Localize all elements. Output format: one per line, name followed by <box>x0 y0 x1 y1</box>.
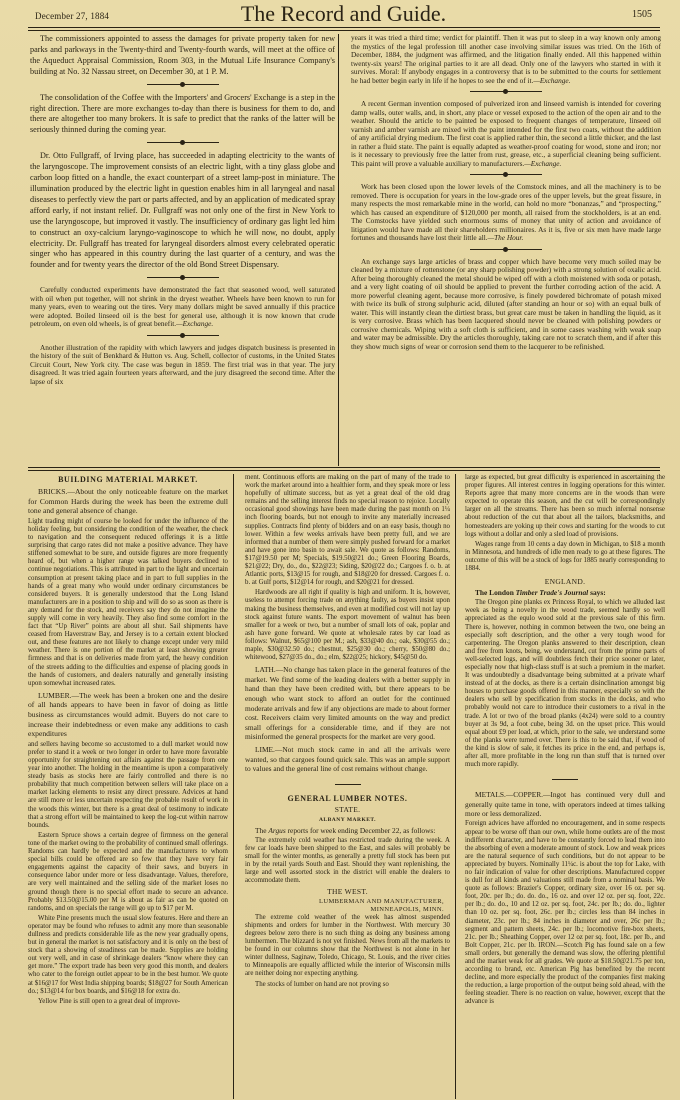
page-number: 1505 <box>632 9 652 20</box>
market-column-1: BUILDING MATERIAL MARKET. BRICKS.—About … <box>28 474 228 1008</box>
oregon-pine: The Oregon pine planks ex Princess Royal… <box>465 599 665 769</box>
metals-body: Foreign advices have afforded no encoura… <box>465 820 665 1006</box>
argus-pre: The <box>255 826 268 835</box>
albany-market-heading: ALBANY MARKET. <box>245 816 450 824</box>
london-pre: The London <box>475 588 516 597</box>
wages: Wages range from 10 cents a day down in … <box>465 541 665 573</box>
article-separator <box>147 138 219 147</box>
eastern-spruce: Eastern Spruce shows a certain degree of… <box>28 832 228 913</box>
argus-name: Argus <box>268 826 285 835</box>
article-separator <box>470 170 542 179</box>
section-rule <box>28 467 660 471</box>
column-divider <box>233 474 234 1099</box>
london-post: says: <box>588 588 605 597</box>
article-brass-cleaning: An exchange says large articles of brass… <box>351 258 661 352</box>
bricks-intro: BRICKS.—About the only noticeable featur… <box>28 487 228 516</box>
london-journal-name: Timber Trade's Journal <box>516 588 589 597</box>
article-separator <box>470 245 542 254</box>
article-fullgraff: Dr. Otto Fullgraff, of Irving place, has… <box>30 151 335 271</box>
masthead: December 27, 1884 The Record and Guide. … <box>25 2 662 28</box>
article-separator <box>147 331 219 340</box>
hardwoods: Hardwoods are all right if quality is hi… <box>245 589 450 662</box>
article-source: —Exchange. <box>524 159 561 168</box>
article-separator <box>147 273 219 282</box>
metals-copper: —COPPER. <box>506 790 543 799</box>
cold-weather: The extremely cold weather has restricte… <box>245 837 450 886</box>
yellow-pine: Yellow Pine is still open to a great dea… <box>28 998 228 1006</box>
the-west-heading: THE WEST. <box>245 888 450 896</box>
london-journal-intro: The London Timber Trade's Journal says: <box>465 588 665 597</box>
article-separator <box>147 80 219 89</box>
lath-lead: LATH. <box>255 665 276 674</box>
england-heading: ENGLAND. <box>465 578 665 586</box>
article-source: —Exchange. <box>176 319 213 328</box>
lime: LIME.—Not much stock came in and all the… <box>245 745 450 774</box>
stocks-of-lumber: The stocks of lumber on hand are not pro… <box>245 981 450 989</box>
section-short-rule <box>552 779 578 780</box>
white-pine: White Pine presents much the usual slow … <box>28 915 228 996</box>
market-column-2: ment. Continuous efforts are making on t… <box>245 474 450 991</box>
top-left-column: The commissioners appointed to assess th… <box>30 34 335 388</box>
lumber-body: and sellers having become so accustomed … <box>28 741 228 830</box>
metals-intro: METALS.—COPPER.—Ingot has continued very… <box>465 790 665 818</box>
article-lawyers-continued: years it was tried a third time; verdict… <box>351 34 661 85</box>
column-divider <box>338 34 339 466</box>
article-german-paint: A recent German invention composed of pu… <box>351 100 661 168</box>
article-comstock: Work has been closed upon the lower leve… <box>351 183 661 243</box>
article-text: years it was tried a third time; verdict… <box>351 33 661 85</box>
article-text: A recent German invention composed of pu… <box>351 99 661 168</box>
newspaper-page: December 27, 1884 The Record and Guide. … <box>0 0 680 1100</box>
argus-post: reports for week ending December 22, as … <box>286 826 436 835</box>
article-coffee-exchange: The consolidation of the Coffee with the… <box>30 93 335 137</box>
article-source: —The Hour. <box>488 233 524 242</box>
lime-lead: LIME. <box>255 745 275 754</box>
market-column-3: large as expected, but great difficulty … <box>465 474 665 1009</box>
argus-intro: The Argus reports for week ending Decemb… <box>245 826 450 835</box>
lime-text: —Not much stock came in and all the arri… <box>245 745 450 773</box>
lath-text: —No change has taken place in the genera… <box>245 665 450 741</box>
article-source: —Exchange. <box>533 76 570 85</box>
west-credit-line-1: LUMBERMAN AND MANUFACTURER, <box>245 898 444 906</box>
metals-lead: METALS. <box>475 790 506 799</box>
lumber-lead: LUMBER. <box>38 691 72 700</box>
newspaper-title: The Record and Guide. <box>25 2 662 26</box>
article-seasoned-wood: Carefully conducted experiments have dem… <box>30 286 335 329</box>
lumber-intro: LUMBER.—The week has been a broken one a… <box>28 691 228 739</box>
lath: LATH.—No change has taken place in the g… <box>245 665 450 742</box>
yellow-pine-continued: ment. Continuous efforts are making on t… <box>245 474 450 587</box>
article-separator <box>470 87 542 96</box>
west-credit-line-2: MINNEAPOLIS, MINN. <box>245 906 444 914</box>
bricks-lead: BRICKS. <box>38 487 67 496</box>
west-continued: large as expected, but great difficulty … <box>465 474 665 539</box>
state-heading: STATE. <box>245 806 450 814</box>
column-divider <box>455 474 456 1099</box>
article-commissioners: The commissioners appointed to assess th… <box>30 34 335 78</box>
west-body: The extreme cold weather of the week has… <box>245 914 450 979</box>
bricks-body: Light trading might of course be looked … <box>28 518 228 688</box>
general-lumber-notes-heading: GENERAL LUMBER NOTES. <box>245 795 450 803</box>
section-short-rule <box>335 784 361 785</box>
building-material-market-heading: BUILDING MATERIAL MARKET. <box>28 476 228 484</box>
top-right-column: years it was tried a third time; verdict… <box>351 34 661 353</box>
article-lawyers: Another illustration of the rapidity wit… <box>30 344 335 387</box>
masthead-rule <box>28 27 660 31</box>
